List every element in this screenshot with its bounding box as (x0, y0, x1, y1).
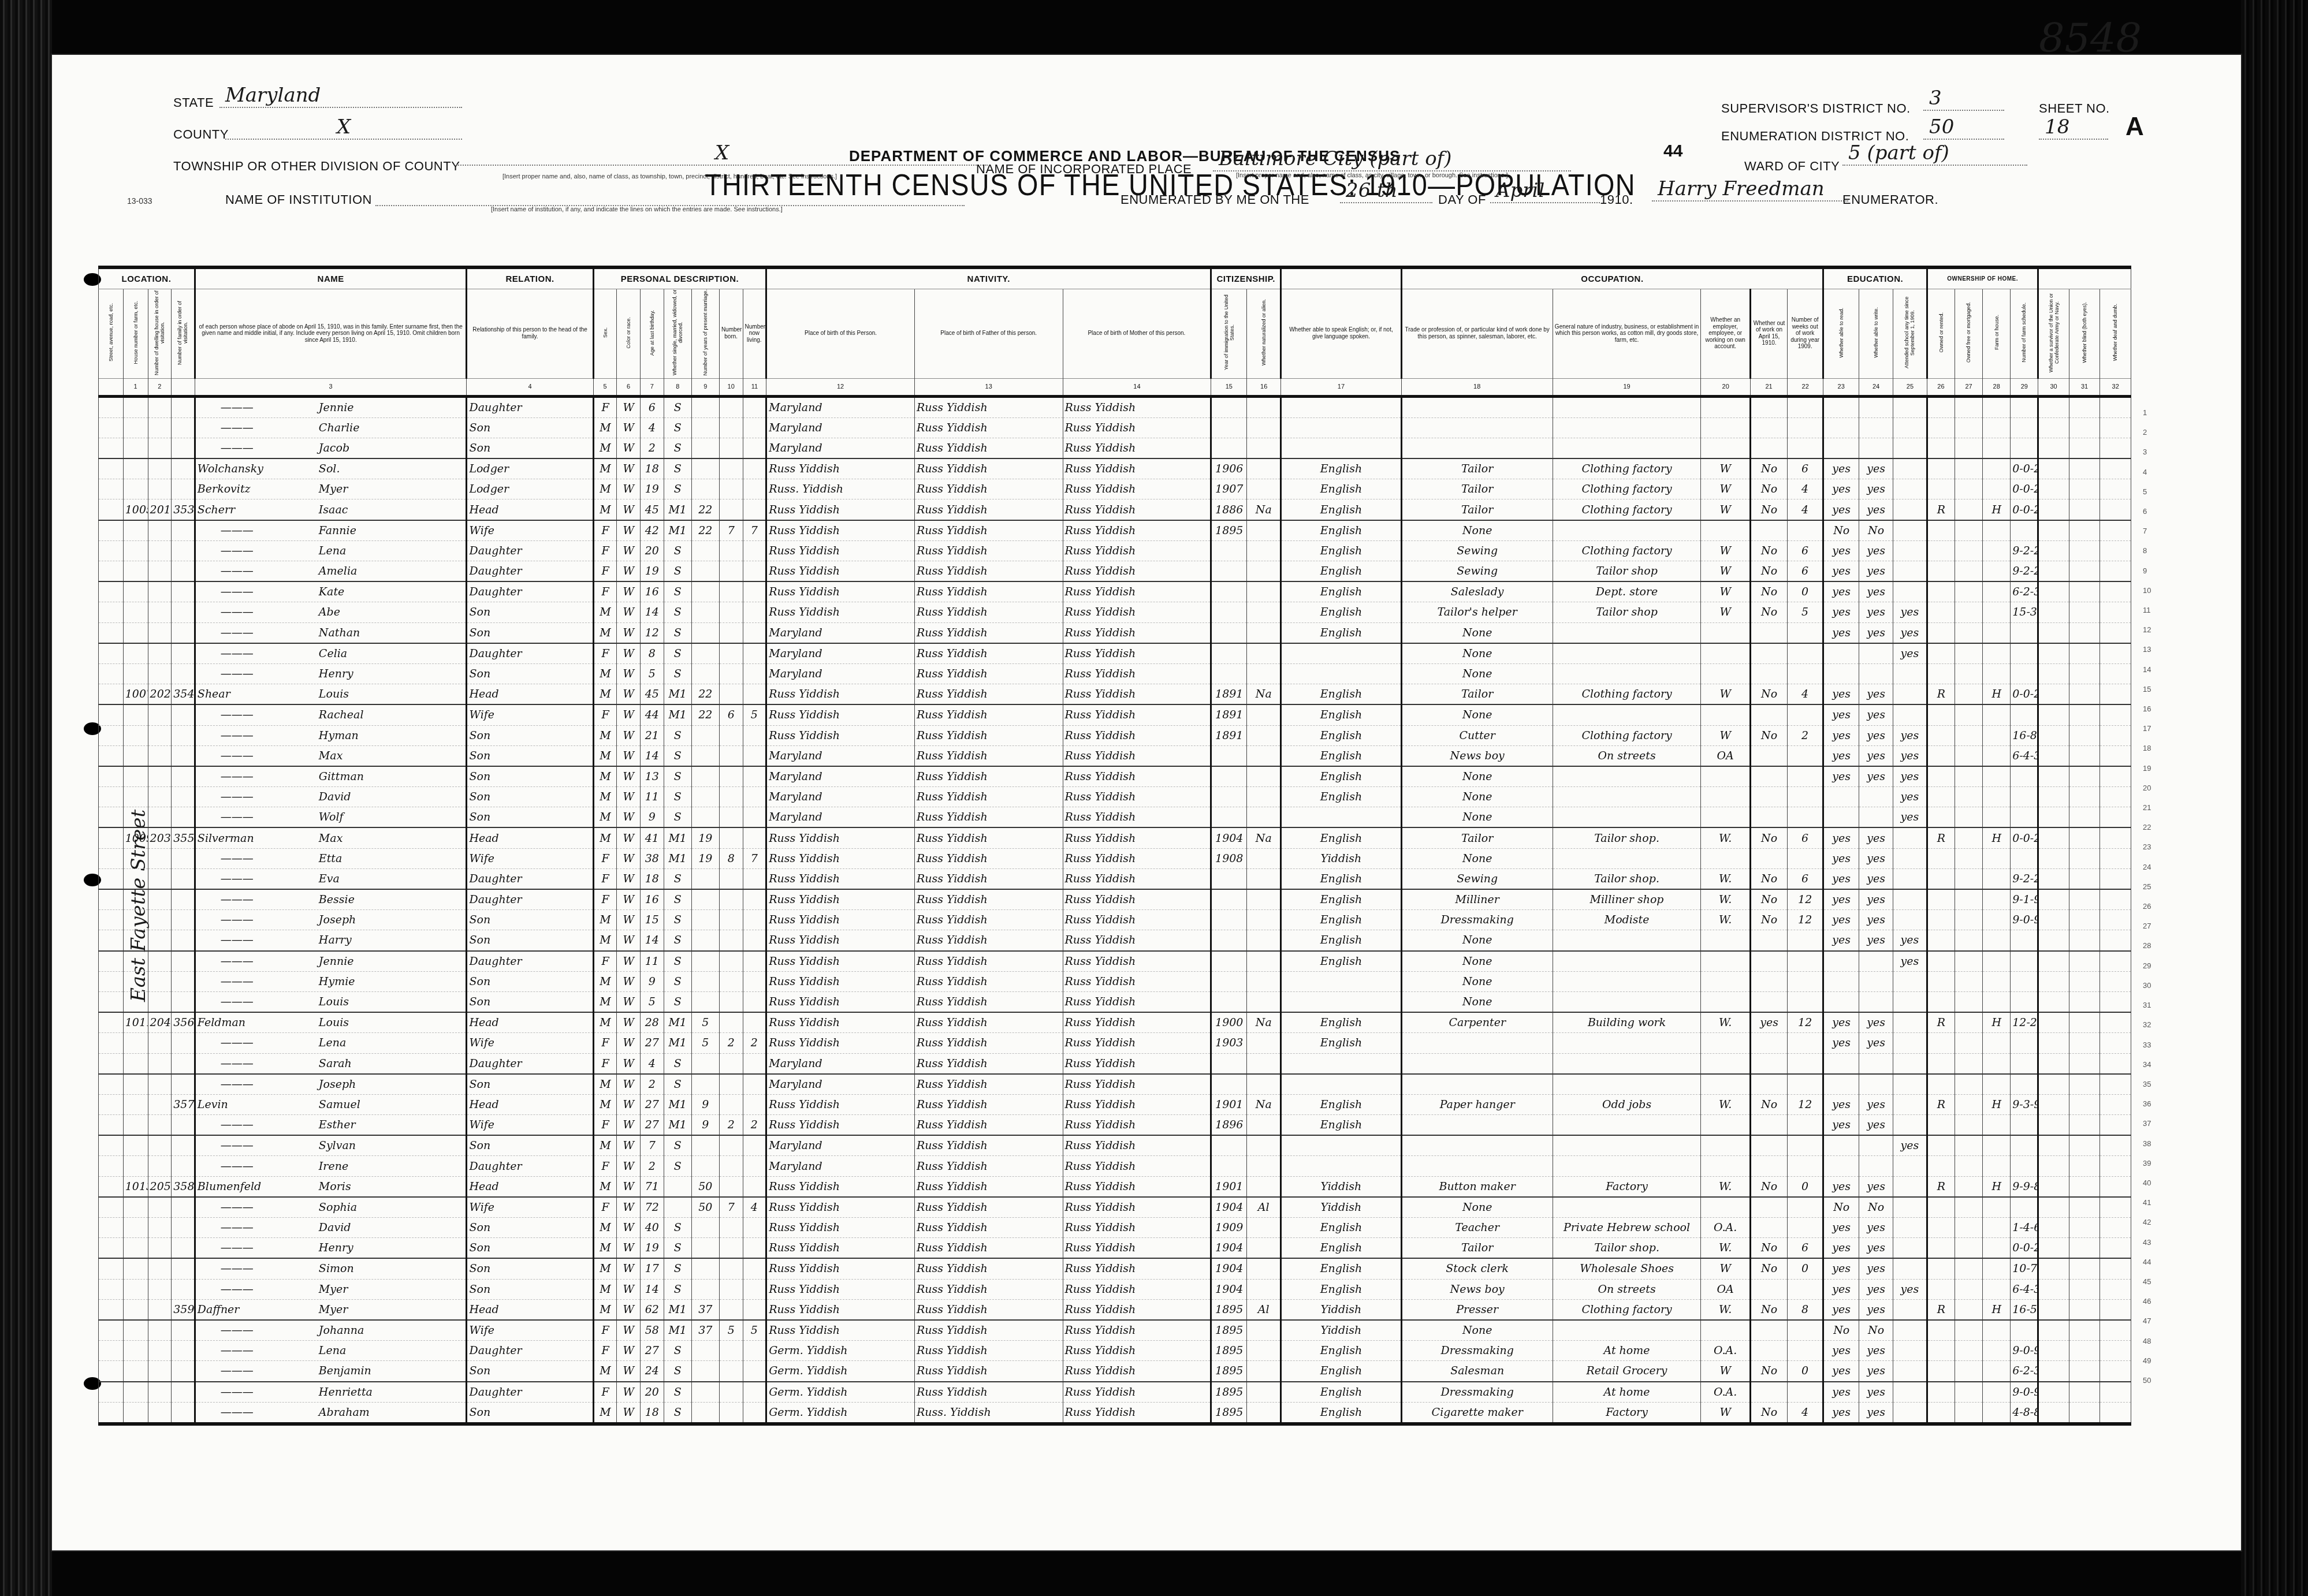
trade-cell (1401, 438, 1553, 458)
blind-cell (2069, 479, 2099, 499)
ward-label: Ward of city (1744, 159, 1840, 174)
trade-cell: Teacher (1401, 1218, 1553, 1238)
race-cell: W (617, 930, 641, 951)
line-number: 39 (2143, 1154, 2151, 1173)
census-row: ———JennieDaughterFW11SRuss YiddishRuss Y… (99, 951, 2131, 972)
family-number-cell (172, 622, 195, 643)
out-of-work-cell (1750, 951, 1787, 972)
occupation-code-cell: 16-8-2-2 (2011, 725, 2038, 745)
line-number: 45 (2143, 1272, 2151, 1292)
race-cell: W (617, 807, 641, 828)
write-cell: yes (1859, 1361, 1893, 1382)
house-number-cell (123, 602, 148, 622)
language-cell (1281, 807, 1402, 828)
ditto-dash: ——— (198, 1406, 319, 1419)
language-cell: English (1281, 561, 1402, 582)
house-number-cell (123, 1238, 148, 1259)
deaf-cell (2100, 1197, 2131, 1218)
weeks-out-cell (1788, 663, 1823, 684)
dwelling-number-cell (148, 581, 172, 602)
marital-status-cell (664, 1176, 691, 1197)
farm-house-cell (1983, 991, 2011, 1012)
write-cell (1859, 1053, 1893, 1074)
relation-cell: Wife (467, 520, 593, 541)
census-row: ———MyerSonMW14SRuss YiddishRuss YiddishR… (99, 1279, 2131, 1299)
occupation-code-cell: 1-4-6-X (2011, 1218, 2038, 1238)
race-cell: W (617, 663, 641, 684)
industry-cell: Building work (1553, 1012, 1701, 1033)
father-birthplace-cell: Russ Yiddish (914, 745, 1063, 766)
farm-house-cell (1983, 1135, 2011, 1156)
dwelling-number-cell (148, 889, 172, 910)
out-of-work-cell: No (1750, 458, 1787, 479)
owned-rented-cell (1927, 1361, 1955, 1382)
blind-cell (2069, 725, 2099, 745)
children-living-cell (743, 889, 766, 910)
street-cell (99, 868, 124, 889)
sex-cell: M (593, 417, 617, 438)
blind-cell (2069, 540, 2099, 561)
family-number-cell (172, 1053, 195, 1074)
family-number-cell: 355 (172, 827, 195, 848)
house-number-cell (123, 540, 148, 561)
name-cell: ———Amelia (195, 561, 467, 582)
house-number-cell (123, 417, 148, 438)
relation-cell: Son (467, 1258, 593, 1279)
years-married-cell (691, 417, 719, 438)
family-number-cell (172, 1135, 195, 1156)
father-birthplace-cell: Russ Yiddish (914, 1382, 1063, 1403)
free-mortgaged-cell (1955, 745, 1982, 766)
write-cell: yes (1859, 1238, 1893, 1259)
father-birthplace-cell: Russ Yiddish (914, 581, 1063, 602)
ditto-dash: ——— (198, 852, 319, 865)
language-cell: English (1281, 1115, 1402, 1136)
immigration-year-cell: 1891 (1211, 725, 1247, 745)
language-cell: English (1281, 1258, 1402, 1279)
years-married-cell (691, 868, 719, 889)
sex-cell: F (593, 848, 617, 868)
deaf-cell (2100, 766, 2131, 787)
ditto-dash: ——— (198, 524, 319, 537)
blind-cell (2069, 1053, 2099, 1074)
trade-cell: None (1401, 1320, 1553, 1341)
deaf-cell (2100, 1341, 2131, 1361)
house-number-cell (123, 1382, 148, 1403)
children-born-cell (719, 499, 743, 520)
father-birthplace-cell: Russ Yiddish (914, 848, 1063, 868)
write-cell: yes (1859, 1218, 1893, 1238)
column-number: 11 (743, 378, 766, 396)
street-cell (99, 1012, 124, 1033)
institution-note: [Insert name of institution, if any, and… (491, 206, 783, 213)
years-married-cell: 5 (691, 1033, 719, 1053)
industry-cell: Clothing factory (1553, 684, 1701, 705)
sex-cell: M (593, 910, 617, 930)
surname: Wolchansky (198, 463, 319, 475)
read-cell: No (1823, 1197, 1859, 1218)
father-birthplace-cell: Russ Yiddish (914, 1197, 1063, 1218)
given-name: Jennie (319, 955, 354, 968)
father-birthplace-cell: Russ Yiddish (914, 1074, 1063, 1095)
employer-status-cell: W (1701, 561, 1751, 582)
owned-rented-cell (1927, 930, 1955, 951)
line-number: 44 (2143, 1252, 2151, 1272)
census-row: ———JacobSonMW2SMarylandRuss YiddishRuss … (99, 438, 2131, 458)
free-mortgaged-cell (1955, 1094, 1982, 1114)
weeks-out-cell (1788, 1341, 1823, 1361)
farm-house-cell (1983, 704, 2011, 725)
marital-status-cell: M1 (664, 827, 691, 848)
veteran-cell (2038, 1382, 2069, 1403)
header-birth-mother: Place of birth of Mother of this person. (1063, 289, 1211, 379)
line-number: 2 (2143, 423, 2151, 442)
naturalization-cell: Na (1247, 1094, 1281, 1114)
name-cell: ———Jennie (195, 396, 467, 417)
line-number: 12 (2143, 620, 2151, 640)
children-born-cell (719, 1299, 743, 1320)
dwelling-number-cell (148, 417, 172, 438)
age-cell: 12 (640, 622, 664, 643)
blind-cell (2069, 1218, 2099, 1238)
line-number: 42 (2143, 1213, 2151, 1232)
census-row: ———SimonSonMW17SRuss YiddishRuss Yiddish… (99, 1258, 2131, 1279)
deaf-cell (2100, 1382, 2131, 1403)
immigration-year-cell: 1906 (1211, 458, 1247, 479)
employer-status-cell: W. (1701, 1176, 1751, 1197)
blind-cell (2069, 1033, 2099, 1053)
given-name: Sophia (319, 1201, 357, 1214)
industry-cell: Clothing factory (1553, 458, 1701, 479)
occupation-code-cell (2011, 971, 2038, 991)
language-cell: English (1281, 868, 1402, 889)
sex-cell: M (593, 1258, 617, 1279)
marital-status-cell: S (664, 1156, 691, 1176)
children-living-cell (743, 827, 766, 848)
father-birthplace-cell: Russ Yiddish (914, 1258, 1063, 1279)
relation-cell: Son (467, 910, 593, 930)
occupation-code-cell (2011, 417, 2038, 438)
father-birthplace-cell: Russ Yiddish (914, 725, 1063, 745)
name-cell: ———Lena (195, 1341, 467, 1361)
employer-status-cell: OA (1701, 1279, 1751, 1299)
street-cell (99, 1033, 124, 1053)
race-cell: W (617, 1320, 641, 1341)
family-number-cell (172, 581, 195, 602)
weeks-out-cell: 0 (1788, 1258, 1823, 1279)
header-read: Whether able to read. (1823, 289, 1859, 379)
write-cell: yes (1859, 910, 1893, 930)
house-number-cell (123, 1033, 148, 1053)
read-cell (1823, 951, 1859, 972)
school-cell (1893, 1053, 1927, 1074)
dwelling-number-cell (148, 479, 172, 499)
race-cell: W (617, 458, 641, 479)
name-cell: ———Johanna (195, 1320, 467, 1341)
street-cell (99, 1197, 124, 1218)
family-number-cell (172, 1279, 195, 1299)
school-cell (1893, 1218, 1927, 1238)
industry-cell: Tailor shop (1553, 561, 1701, 582)
years-married-cell (691, 951, 719, 972)
column-number: 24 (1859, 378, 1893, 396)
house-number-cell (123, 581, 148, 602)
census-row: 1005201353ScherrIsaacHeadMW45M122Russ Yi… (99, 499, 2131, 520)
family-number-cell: 358 (172, 1176, 195, 1197)
race-cell: W (617, 581, 641, 602)
owned-rented-cell (1927, 1382, 1955, 1403)
year-label: 1910. (1600, 192, 1633, 207)
children-living-cell: 4 (743, 1197, 766, 1218)
years-married-cell (691, 991, 719, 1012)
farm-house-cell (1983, 1033, 2011, 1053)
relation-cell: Daughter (467, 1053, 593, 1074)
read-cell: yes (1823, 1382, 1859, 1403)
employer-status-cell: W. (1701, 910, 1751, 930)
farm-house-cell: H (1983, 1176, 2011, 1197)
years-married-cell (691, 663, 719, 684)
header-marital: Whether single, married, widowed, or div… (664, 289, 691, 379)
children-born-cell (719, 910, 743, 930)
occupation-code-cell (2011, 438, 2038, 458)
street-cell (99, 540, 124, 561)
relation-cell: Son (467, 438, 593, 458)
employer-status-cell (1701, 438, 1751, 458)
family-number-cell (172, 868, 195, 889)
blind-cell (2069, 581, 2099, 602)
owned-rented-cell (1927, 561, 1955, 582)
trade-cell (1401, 1156, 1553, 1176)
school-cell (1893, 971, 1927, 991)
owned-rented-cell (1927, 396, 1955, 417)
children-living-cell (743, 766, 766, 787)
mother-birthplace-cell: Russ Yiddish (1063, 438, 1211, 458)
children-born-cell (719, 1156, 743, 1176)
immigration-year-cell (1211, 602, 1247, 622)
header-house: House number or farm, etc. (123, 289, 148, 379)
family-number-cell: 357 (172, 1094, 195, 1114)
years-married-cell (691, 458, 719, 479)
given-name: Louis (319, 688, 349, 700)
deaf-cell (2100, 417, 2131, 438)
trade-cell: Sewing (1401, 561, 1553, 582)
street-cell (99, 1361, 124, 1382)
veteran-cell (2038, 1320, 2069, 1341)
line-number: 15 (2143, 680, 2151, 699)
language-cell: English (1281, 704, 1402, 725)
birthplace-cell: Maryland (766, 1156, 915, 1176)
dwelling-number-cell: 202 (148, 684, 172, 705)
dwelling-number-cell (148, 971, 172, 991)
immigration-year-cell (1211, 1074, 1247, 1095)
given-name: Jacob (319, 442, 349, 454)
free-mortgaged-cell (1955, 1053, 1982, 1074)
census-row: ———HenrySonMW5SMarylandRuss YiddishRuss … (99, 663, 2131, 684)
out-of-work-cell (1750, 622, 1787, 643)
weeks-out-cell: 6 (1788, 561, 1823, 582)
family-number-cell (172, 1238, 195, 1259)
write-cell: yes (1859, 581, 1893, 602)
relation-cell: Son (467, 1074, 593, 1095)
marital-status-cell: M1 (664, 1012, 691, 1033)
children-living-cell (743, 561, 766, 582)
marital-status-cell: S (664, 458, 691, 479)
ditto-dash: ——— (198, 1283, 319, 1296)
school-cell (1893, 827, 1927, 848)
age-cell: 11 (640, 951, 664, 972)
years-married-cell (691, 725, 719, 745)
occupation-code-cell (2011, 766, 2038, 787)
out-of-work-cell (1750, 396, 1787, 417)
relation-cell: Daughter (467, 951, 593, 972)
industry-cell (1553, 1053, 1701, 1074)
group-ownership: OWNERSHIP OF HOME. (1927, 267, 2038, 289)
incorporated-place-note: [Insert proper name and, also, name of c… (1236, 172, 1508, 179)
read-cell: yes (1823, 684, 1859, 705)
race-cell: W (617, 991, 641, 1012)
children-born-cell (719, 458, 743, 479)
write-cell: yes (1859, 1299, 1893, 1320)
sex-cell: M (593, 725, 617, 745)
line-number: 5 (2143, 482, 2151, 502)
employer-status-cell: W. (1701, 1094, 1751, 1114)
occupation-code-cell: 9-2-2-2 (2011, 561, 2038, 582)
trade-cell: None (1401, 520, 1553, 541)
sex-cell: M (593, 1094, 617, 1114)
immigration-year-cell: 1909 (1211, 1218, 1247, 1238)
given-name: Benjamin (319, 1364, 371, 1377)
naturalization-cell (1247, 1033, 1281, 1053)
language-cell: English (1281, 581, 1402, 602)
blind-cell (2069, 1258, 2099, 1279)
read-cell (1823, 1156, 1859, 1176)
trade-cell (1401, 396, 1553, 417)
children-born-cell (719, 479, 743, 499)
marital-status-cell: S (664, 889, 691, 910)
supervisor-district-value: 3 (1923, 87, 2004, 111)
line-number: 17 (2143, 719, 2151, 739)
street-cell (99, 787, 124, 807)
name-cell: ———Harry (195, 930, 467, 951)
farm-house-cell (1983, 930, 2011, 951)
name-cell: DaffnerMyer (195, 1299, 467, 1320)
father-birthplace-cell: Russ Yiddish (914, 827, 1063, 848)
given-name: Celia (319, 647, 347, 660)
read-cell: yes (1823, 889, 1859, 910)
census-row: ———SylvanSonMW7SMarylandRuss YiddishRuss… (99, 1135, 2131, 1156)
naturalization-cell (1247, 745, 1281, 766)
children-born-cell: 6 (719, 704, 743, 725)
immigration-year-cell: 1891 (1211, 684, 1247, 705)
deaf-cell (2100, 1238, 2131, 1259)
enumeration-district-value: 50 (1923, 115, 2004, 140)
age-cell: 11 (640, 787, 664, 807)
years-married-cell (691, 1135, 719, 1156)
race-cell: W (617, 971, 641, 991)
owned-rented-cell (1927, 868, 1955, 889)
out-of-work-cell (1750, 1135, 1787, 1156)
out-of-work-cell (1750, 848, 1787, 868)
deaf-cell (2100, 889, 2131, 910)
race-cell: W (617, 1341, 641, 1361)
employer-status-cell (1701, 766, 1751, 787)
birthplace-cell: Russ Yiddish (766, 1279, 915, 1299)
census-row: ———EvaDaughterFW18SRuss YiddishRuss Yidd… (99, 868, 2131, 889)
immigration-year-cell (1211, 745, 1247, 766)
trade-cell: None (1401, 663, 1553, 684)
immigration-year-cell: 1896 (1211, 1115, 1247, 1136)
read-cell: yes (1823, 581, 1859, 602)
owned-rented-cell (1927, 951, 1955, 972)
owned-rented-cell (1927, 1074, 1955, 1095)
dwelling-number-cell (148, 540, 172, 561)
occupation-code-cell: 0-0-2-2 (2011, 827, 2038, 848)
immigration-year-cell: 1891 (1211, 704, 1247, 725)
family-number-cell (172, 725, 195, 745)
surname: Shear (198, 688, 319, 700)
street-cell (99, 725, 124, 745)
trade-cell: None (1401, 930, 1553, 951)
children-living-cell (743, 1258, 766, 1279)
relation-cell: Daughter (467, 540, 593, 561)
blind-cell (2069, 848, 2099, 868)
father-birthplace-cell: Russ Yiddish (914, 1341, 1063, 1361)
group-misc (2038, 267, 2131, 289)
owned-rented-cell (1927, 848, 1955, 868)
veteran-cell (2038, 704, 2069, 725)
marital-status-cell: S (664, 1074, 691, 1095)
veteran-cell (2038, 807, 2069, 828)
header-street: Street, avenue, road, etc. (99, 289, 124, 379)
family-number-cell (172, 807, 195, 828)
occupation-code-cell (2011, 520, 2038, 541)
sex-cell: M (593, 1279, 617, 1299)
line-number: 49 (2143, 1351, 2151, 1371)
deaf-cell (2100, 1258, 2131, 1279)
children-born-cell (719, 766, 743, 787)
relation-cell: Daughter (467, 868, 593, 889)
father-birthplace-cell: Russ Yiddish (914, 1135, 1063, 1156)
blind-cell (2069, 787, 2099, 807)
ditto-dash: ——— (198, 647, 319, 660)
farm-house-cell (1983, 1238, 2011, 1259)
mother-birthplace-cell: Russ Yiddish (1063, 479, 1211, 499)
read-cell: yes (1823, 725, 1859, 745)
street-cell (99, 930, 124, 951)
years-married-cell (691, 581, 719, 602)
header-years-married: Number of years of present marriage. (691, 289, 719, 379)
trade-cell: Button maker (1401, 1176, 1553, 1197)
line-number: 24 (2143, 857, 2151, 877)
sex-cell: F (593, 704, 617, 725)
children-living-cell (743, 1053, 766, 1074)
street-cell (99, 479, 124, 499)
out-of-work-cell (1750, 971, 1787, 991)
out-of-work-cell: No (1750, 868, 1787, 889)
free-mortgaged-cell (1955, 971, 1982, 991)
trade-cell: Tailor (1401, 1238, 1553, 1259)
out-of-work-cell (1750, 1320, 1787, 1341)
farm-house-cell (1983, 971, 2011, 991)
column-number: 16 (1247, 378, 1281, 396)
years-married-cell (691, 1053, 719, 1074)
sex-cell: M (593, 971, 617, 991)
language-cell: English (1281, 1094, 1402, 1114)
line-number: 26 (2143, 897, 2151, 916)
immigration-year-cell: 1895 (1211, 1341, 1247, 1361)
children-living-cell (743, 602, 766, 622)
industry-cell: Clothing factory (1553, 540, 1701, 561)
